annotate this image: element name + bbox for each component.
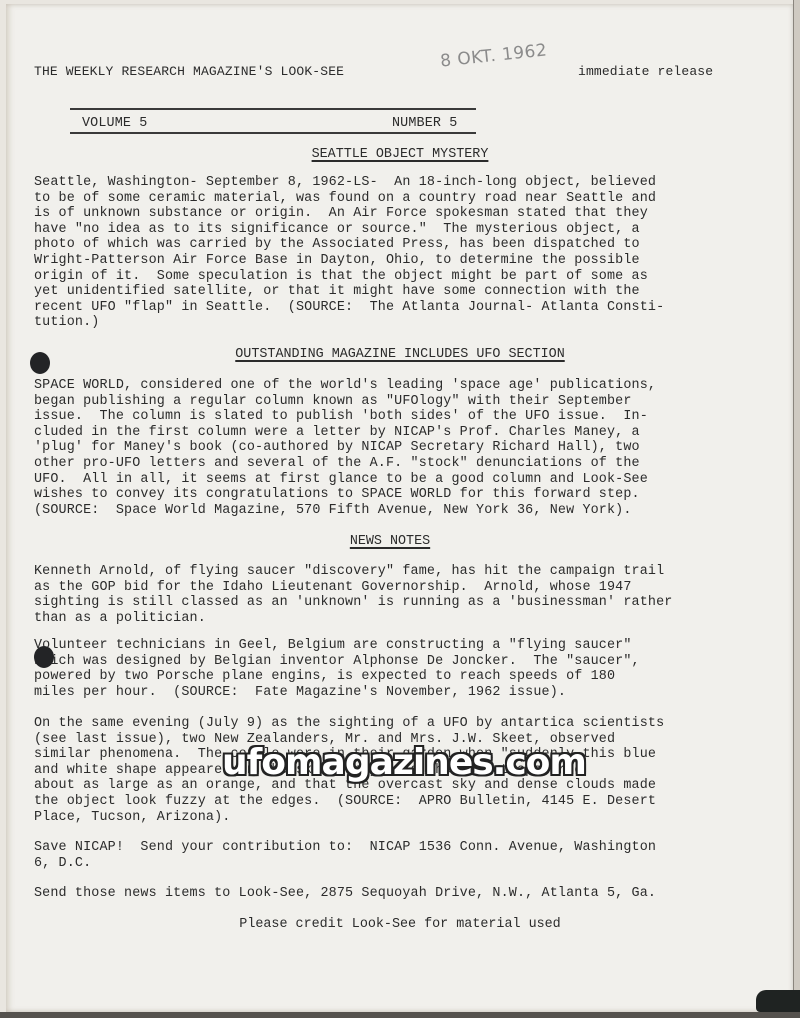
text-line: other pro-UFO letters and several of the… bbox=[34, 456, 640, 472]
punch-hole bbox=[34, 646, 54, 668]
text-line: Kenneth Arnold, of flying saucer "discov… bbox=[34, 564, 664, 580]
section-title-news-notes: NEWS NOTES bbox=[0, 534, 790, 549]
text-line: have "no idea as to its significance or … bbox=[34, 222, 640, 238]
text-line: recent UFO "flap" in Seattle. (SOURCE: T… bbox=[34, 300, 664, 316]
text-line: 'plug' for Maney's book (co-authored by … bbox=[34, 440, 640, 456]
text-line: 6, D.C. bbox=[34, 856, 91, 872]
text-line: Send those news items to Look-See, 2875 … bbox=[34, 886, 656, 902]
text-line: tution.) bbox=[34, 315, 100, 331]
text-line: the object look fuzzy at the edges. (SOU… bbox=[34, 794, 656, 810]
text-line: yet unidentified satellite, or that it m… bbox=[34, 284, 640, 300]
text-line: cluded in the first column were a letter… bbox=[34, 425, 640, 441]
text-line: wishes to convey its congratulations to … bbox=[34, 487, 640, 503]
section-title-seattle: SEATTLE OBJECT MYSTERY bbox=[0, 147, 800, 162]
text-line: than as a politician. bbox=[34, 611, 206, 627]
credit-line: Please credit Look-See for material used bbox=[0, 917, 800, 932]
text-line: is of unknown substance or origin. An Ai… bbox=[34, 206, 648, 222]
text-line: to be of some ceramic material, was foun… bbox=[34, 191, 656, 207]
text-line: Wright-Patterson Air Force Base in Dayto… bbox=[34, 253, 640, 269]
volume-label: VOLUME 5 bbox=[82, 116, 148, 132]
release-note: immediate release bbox=[578, 64, 713, 80]
text-line: Seattle, Washington- September 8, 1962-L… bbox=[34, 175, 656, 191]
text-line: UFO. All in all, it seems at first glanc… bbox=[34, 472, 648, 488]
text-line: Volunteer technicians in Geel, Belgium a… bbox=[34, 638, 632, 654]
number-label: NUMBER 5 bbox=[392, 116, 458, 132]
text-line: powered by two Porsche plane engins, is … bbox=[34, 669, 615, 685]
bottom-rule bbox=[70, 132, 476, 134]
text-line: On the same evening (July 9) as the sigh… bbox=[34, 716, 664, 732]
text-line: Place, Tucson, Arizona). bbox=[34, 810, 230, 826]
text-line: SPACE WORLD, considered one of the world… bbox=[34, 378, 656, 394]
text-line: miles per hour. (SOURCE: Fate Magazine's… bbox=[34, 685, 566, 701]
section-title-magazine: OUTSTANDING MAGAZINE INCLUDES UFO SECTIO… bbox=[0, 347, 800, 362]
page-bottom-shadow bbox=[0, 1012, 800, 1018]
text-line: sighting is still classed as an 'unknown… bbox=[34, 595, 672, 611]
text-line: as the GOP bid for the Idaho Lieutenant … bbox=[34, 580, 632, 596]
top-rule bbox=[70, 108, 476, 110]
text-line: (SOURCE: Space World Magazine, 570 Fifth… bbox=[34, 503, 632, 519]
text-line: began publishing a regular column known … bbox=[34, 394, 632, 410]
masthead-title: THE WEEKLY RESEARCH MAGAZINE'S LOOK-SEE bbox=[34, 64, 344, 80]
text-line: issue. The column is slated to publish '… bbox=[34, 409, 648, 425]
torn-corner bbox=[756, 990, 800, 1012]
text-line: origin of it. Some speculation is that t… bbox=[34, 269, 648, 285]
text-line: Save NICAP! Send your contribution to: N… bbox=[34, 840, 656, 856]
text-line: photo of which was carried by the Associ… bbox=[34, 237, 640, 253]
watermark: ufomagazines.com bbox=[222, 742, 586, 783]
text-line: which was designed by Belgian inventor A… bbox=[34, 654, 640, 670]
